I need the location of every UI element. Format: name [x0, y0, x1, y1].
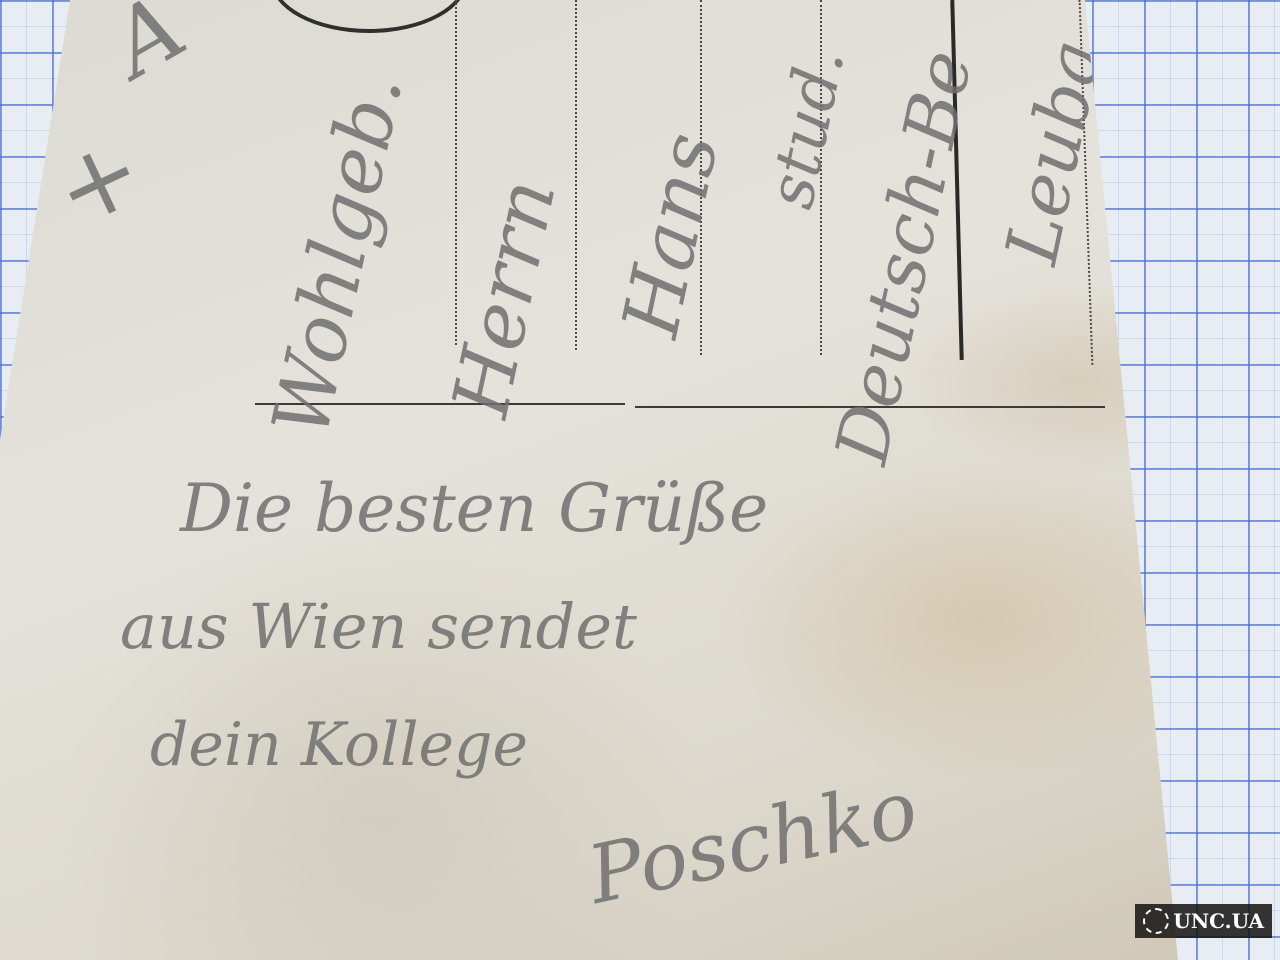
- address-divider: [455, 0, 457, 345]
- watermark: UNC.UA: [1135, 904, 1272, 938]
- address-line: stud.: [754, 42, 860, 215]
- postmark-stamp: [270, 0, 468, 33]
- corner-mark: A: [94, 0, 203, 98]
- message-line: dein Kollege: [150, 710, 528, 780]
- watermark-text: UNC.UA: [1173, 909, 1264, 933]
- postcard: A + Wohlgeb. Herrn Hans stud. Deutsch-Be…: [0, 0, 1280, 960]
- corner-mark: +: [35, 110, 160, 251]
- address-divider: [575, 0, 577, 350]
- address-line: Wohlgeb.: [256, 66, 421, 445]
- message-line: Die besten Grüße: [180, 470, 768, 547]
- message-line: aus Wien sendet: [120, 590, 637, 663]
- sunburst-icon: [1143, 908, 1169, 934]
- address-line: Hans: [606, 125, 737, 344]
- signature: Poschko: [580, 762, 925, 922]
